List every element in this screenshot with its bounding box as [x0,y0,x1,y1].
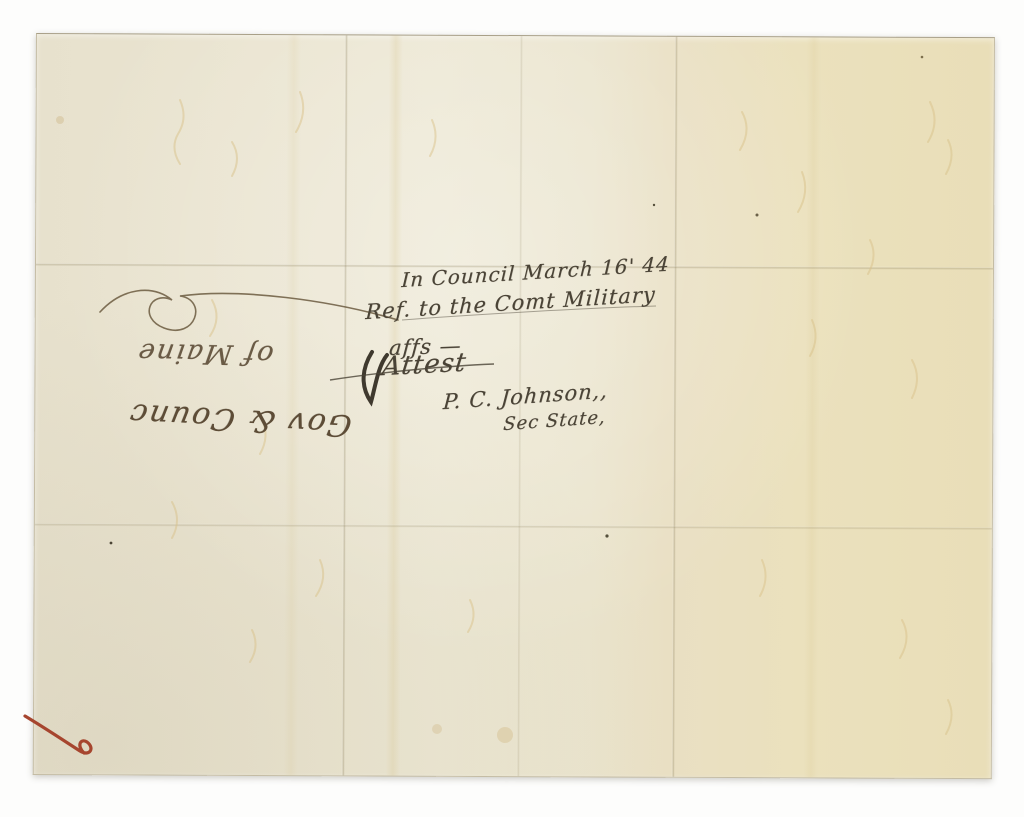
fold-crease-horizontal-2 [35,523,992,530]
attest-word: Attest [380,348,468,383]
fold-crease-vertical-3 [672,37,678,777]
document-scan: In Council March 16' 44 Ref. to the Comt… [0,0,1024,817]
paper-streak [804,37,821,777]
fold-crease-vertical-1 [342,35,348,775]
paper-streak [386,36,403,776]
rotated-address-line-2: of Maine [38,335,373,372]
